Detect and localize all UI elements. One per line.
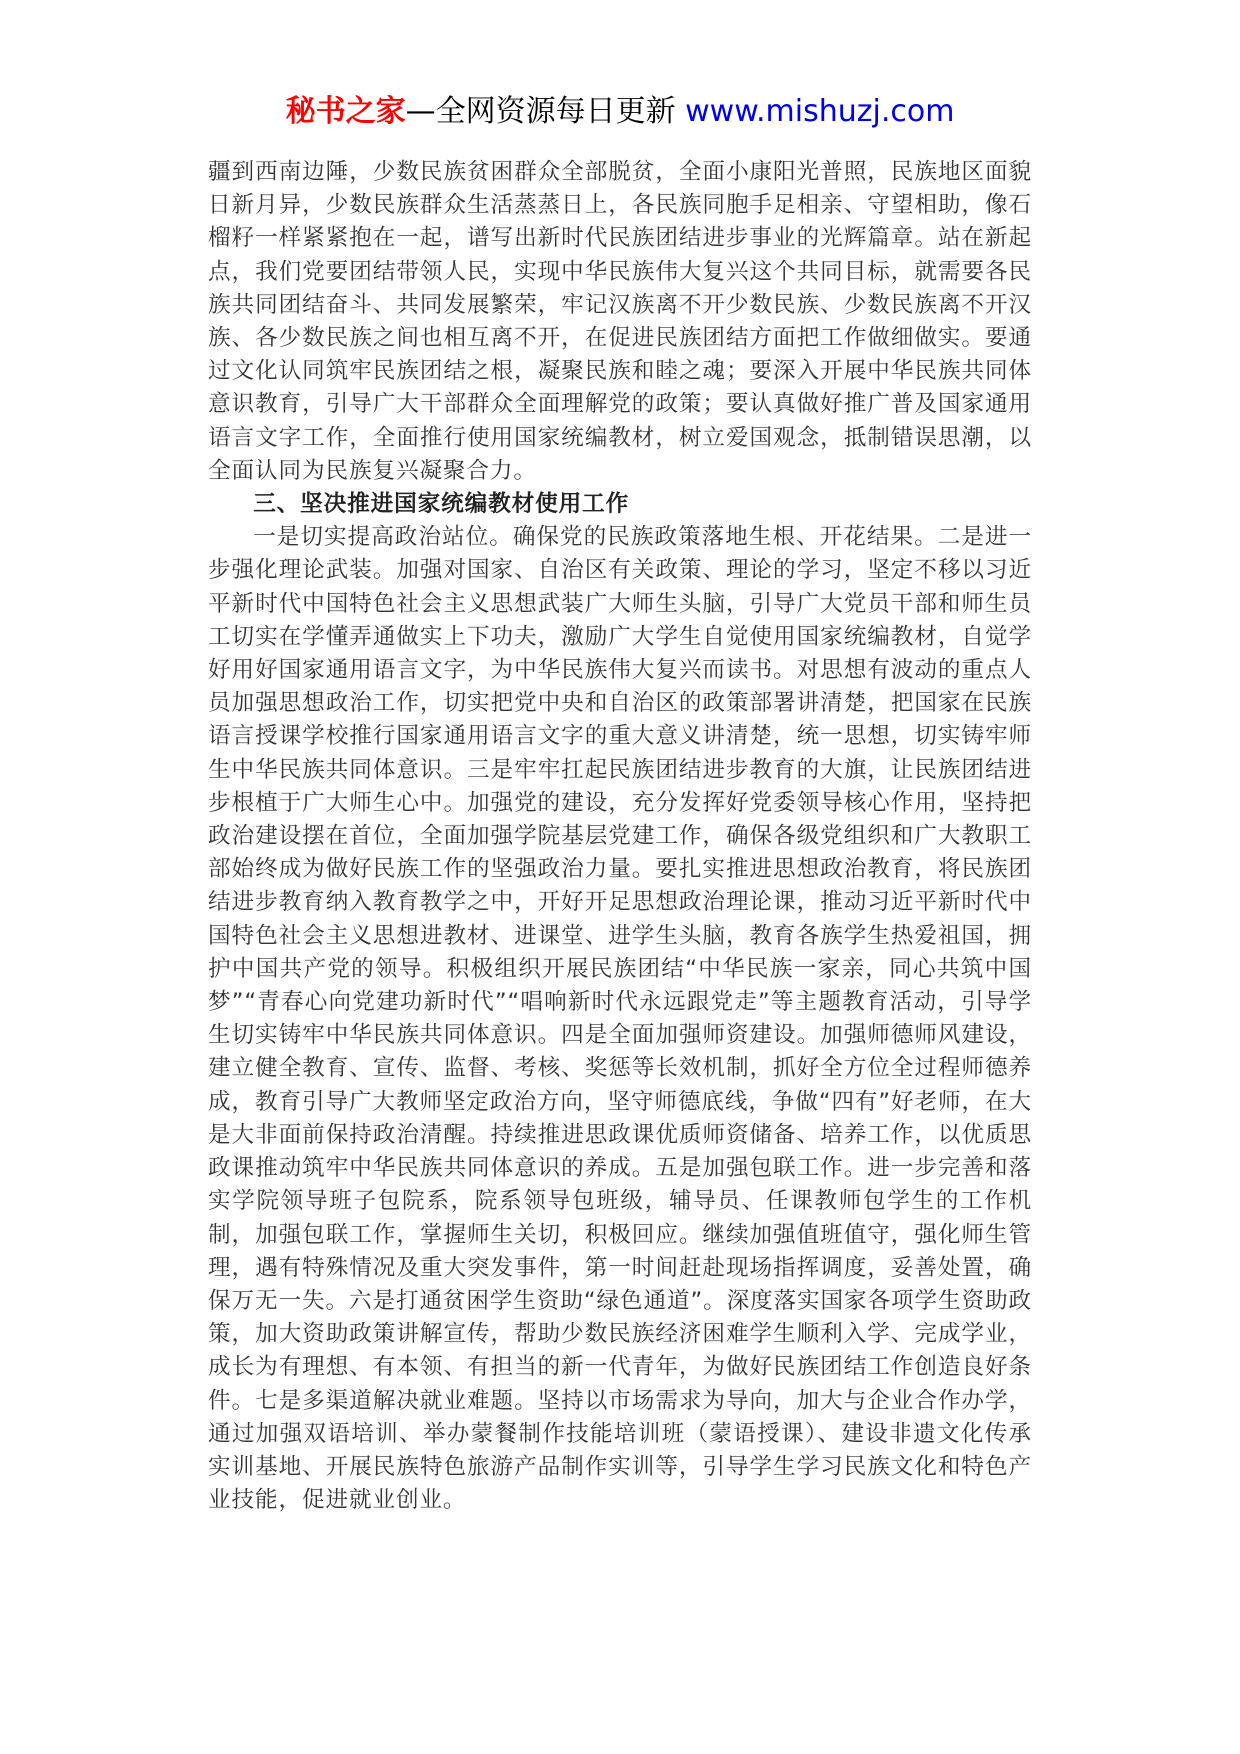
brand-name: 秘书之家 (286, 94, 406, 129)
site-url-link[interactable]: www.mishuzj.com (685, 94, 954, 129)
page-header: 秘书之家—全网资源每日更新 www.mishuzj.com (0, 92, 1240, 132)
document-body: 疆到西南边陲，少数民族贫困群众全部脱贫，全面小康阳光普照，民族地区面貌日新月异，… (208, 156, 1032, 1517)
header-tagline: —全网资源每日更新 (406, 94, 676, 129)
section-heading: 三、坚决推进国家统编教材使用工作 (208, 488, 1032, 521)
paragraph-continuation: 疆到西南边陲，少数民族贫困群众全部脱贫，全面小康阳光普照，民族地区面貌日新月异，… (208, 156, 1032, 488)
paragraph-body: 一是切实提高政治站位。确保党的民族政策落地生根、开花结果。二是进一步强化理论武装… (208, 521, 1032, 1517)
